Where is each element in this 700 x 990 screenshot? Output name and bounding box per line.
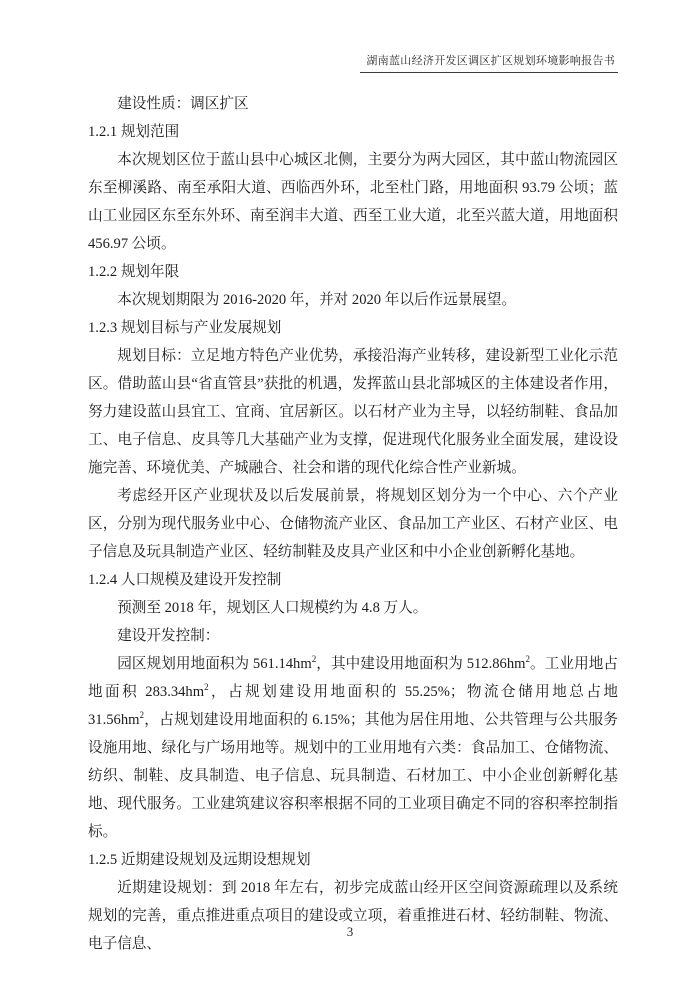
paragraph: 近期建设规划：到 2018 年左右，初步完成蓝山经开区空间资源疏理以及系统规划的… [88,874,618,958]
running-header-title: 湖南蓝山经济开发区调区扩区规划环境影响报告书 [360,52,618,73]
text-run: 园区规划用地面积为 561.14hm [117,656,312,672]
page-footer: 3 [0,924,700,940]
paragraph: 建设性质：调区扩区 [88,90,618,118]
text-run: ，其中建设用地面积为 512.86hm [316,656,525,672]
text-run: 1.2.4 人口规模及建设开发控制 [88,572,281,588]
text-run: 规划目标：立足地方特色产业优势，承接沿海产业转移，建设新型工业化示范区。借助蓝山… [88,348,618,476]
paragraph: 本次规划区位于蓝山县中心城区北侧，主要分为两大园区，其中蓝山物流园区东至柳溪路、… [88,146,618,258]
paragraph: 考虑经开区产业现状及以后发展前景，将规划区划分为一个中心、六个产业区，分别为现代… [88,482,618,566]
text-run: 本次规划区位于蓝山县中心城区北侧，主要分为两大园区，其中蓝山物流园区东至柳溪路、… [88,152,618,252]
text-run: 1.2.5 近期建设规划及远期设想规划 [88,852,311,868]
text-run: 本次规划期限为 2016-2020 年，并对 2020 年以后作远景展望。 [117,292,516,308]
page-number: 3 [347,924,354,939]
text-run: 预测至 2018 年，规划区人口规模约为 4.8 万人。 [117,600,427,616]
document-body: 建设性质：调区扩区1.2.1 规划范围本次规划区位于蓝山县中心城区北侧，主要分为… [88,90,618,958]
section-heading: 1.2.2 规划年限 [88,258,618,286]
section-heading: 1.2.1 规划范围 [88,118,618,146]
text-run: 1.2.3 规划目标与产业发展规划 [88,320,281,336]
text-run: 1.2.2 规划年限 [88,264,179,280]
text-run: 1.2.1 规划范围 [88,124,179,140]
text-run: 考虑经开区产业现状及以后发展前景，将规划区划分为一个中心、六个产业区，分别为现代… [88,488,618,560]
paragraph: 预测至 2018 年，规划区人口规模约为 4.8 万人。 [88,594,618,622]
text-run: 建设性质：调区扩区 [117,96,248,112]
paragraph: 建设开发控制： [88,622,618,650]
paragraph: 园区规划用地面积为 561.14hm2，其中建设用地面积为 512.86hm2。… [88,650,618,846]
section-heading: 1.2.4 人口规模及建设开发控制 [88,566,618,594]
text-run: ，占规划建设用地面积的 6.15%；其他为居住用地、公共管理与公共服务设施用地、… [88,712,618,840]
section-heading: 1.2.5 近期建设规划及远期设想规划 [88,846,618,874]
section-heading: 1.2.3 规划目标与产业发展规划 [88,314,618,342]
paragraph: 规划目标：立足地方特色产业优势，承接沿海产业转移，建设新型工业化示范区。借助蓝山… [88,342,618,482]
report-page: 湖南蓝山经济开发区调区扩区规划环境影响报告书 建设性质：调区扩区1.2.1 规划… [0,0,700,990]
text-run: 建设开发控制： [117,628,219,644]
paragraph: 本次规划期限为 2016-2020 年，并对 2020 年以后作远景展望。 [88,286,618,314]
page-header: 湖南蓝山经济开发区调区扩区规划环境影响报告书 [88,52,618,73]
text-run: 近期建设规划：到 2018 年左右，初步完成蓝山经开区空间资源疏理以及系统规划的… [88,880,618,952]
